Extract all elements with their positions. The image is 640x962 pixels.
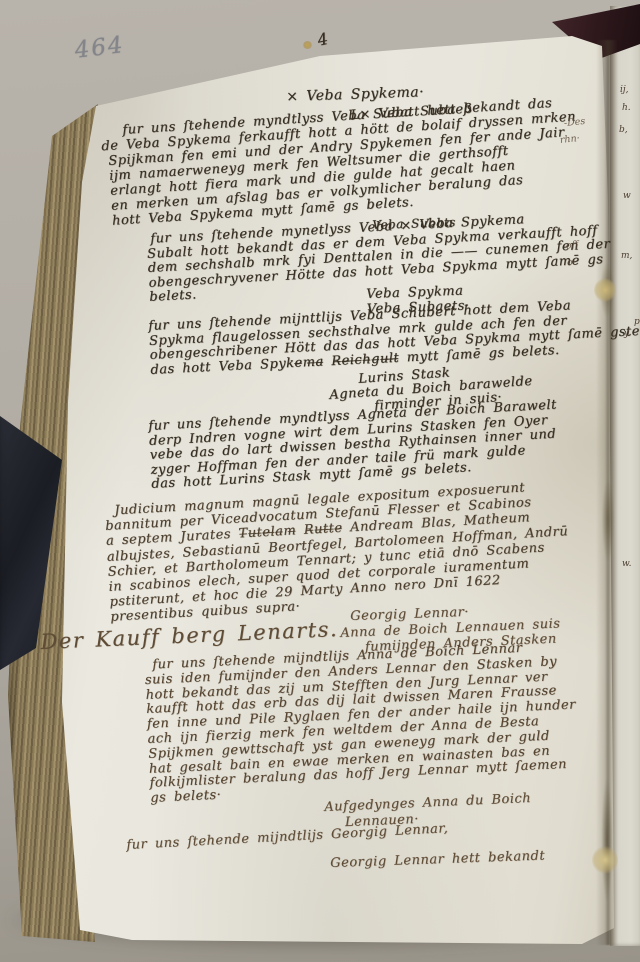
gutter-fold	[596, 40, 618, 945]
stain-fleck	[303, 41, 312, 49]
edge-text-fragment: o-	[567, 258, 577, 269]
edge-text-fragment: rhn·	[560, 134, 581, 146]
folio-number-ink: 4	[316, 31, 330, 48]
sliver-text-mark: m,	[621, 252, 632, 261]
sliver-text-mark: w	[623, 192, 631, 201]
sliver-text-mark: b,	[619, 126, 628, 135]
manuscript-paragraph: fur uns ſtehende mijndtlijs Anna de Boic…	[144, 640, 580, 807]
sliver-text-mark: w.	[622, 560, 632, 569]
stain-blob	[592, 846, 618, 874]
folio-number-pencil: 464	[74, 38, 125, 59]
sliver-text-mark: p	[634, 318, 640, 327]
latin-court-record: Judicium magnum magnū legale expositum e…	[104, 478, 572, 625]
sliver-text-mark: y	[624, 330, 629, 339]
sliver-text-mark: ij,	[620, 86, 629, 95]
manuscript-photo: { "photo": { "backdrop_color": "#b0aba3"…	[0, 0, 640, 962]
edge-text-fragment: off	[566, 240, 579, 251]
sliver-text-mark: h.	[622, 104, 631, 113]
